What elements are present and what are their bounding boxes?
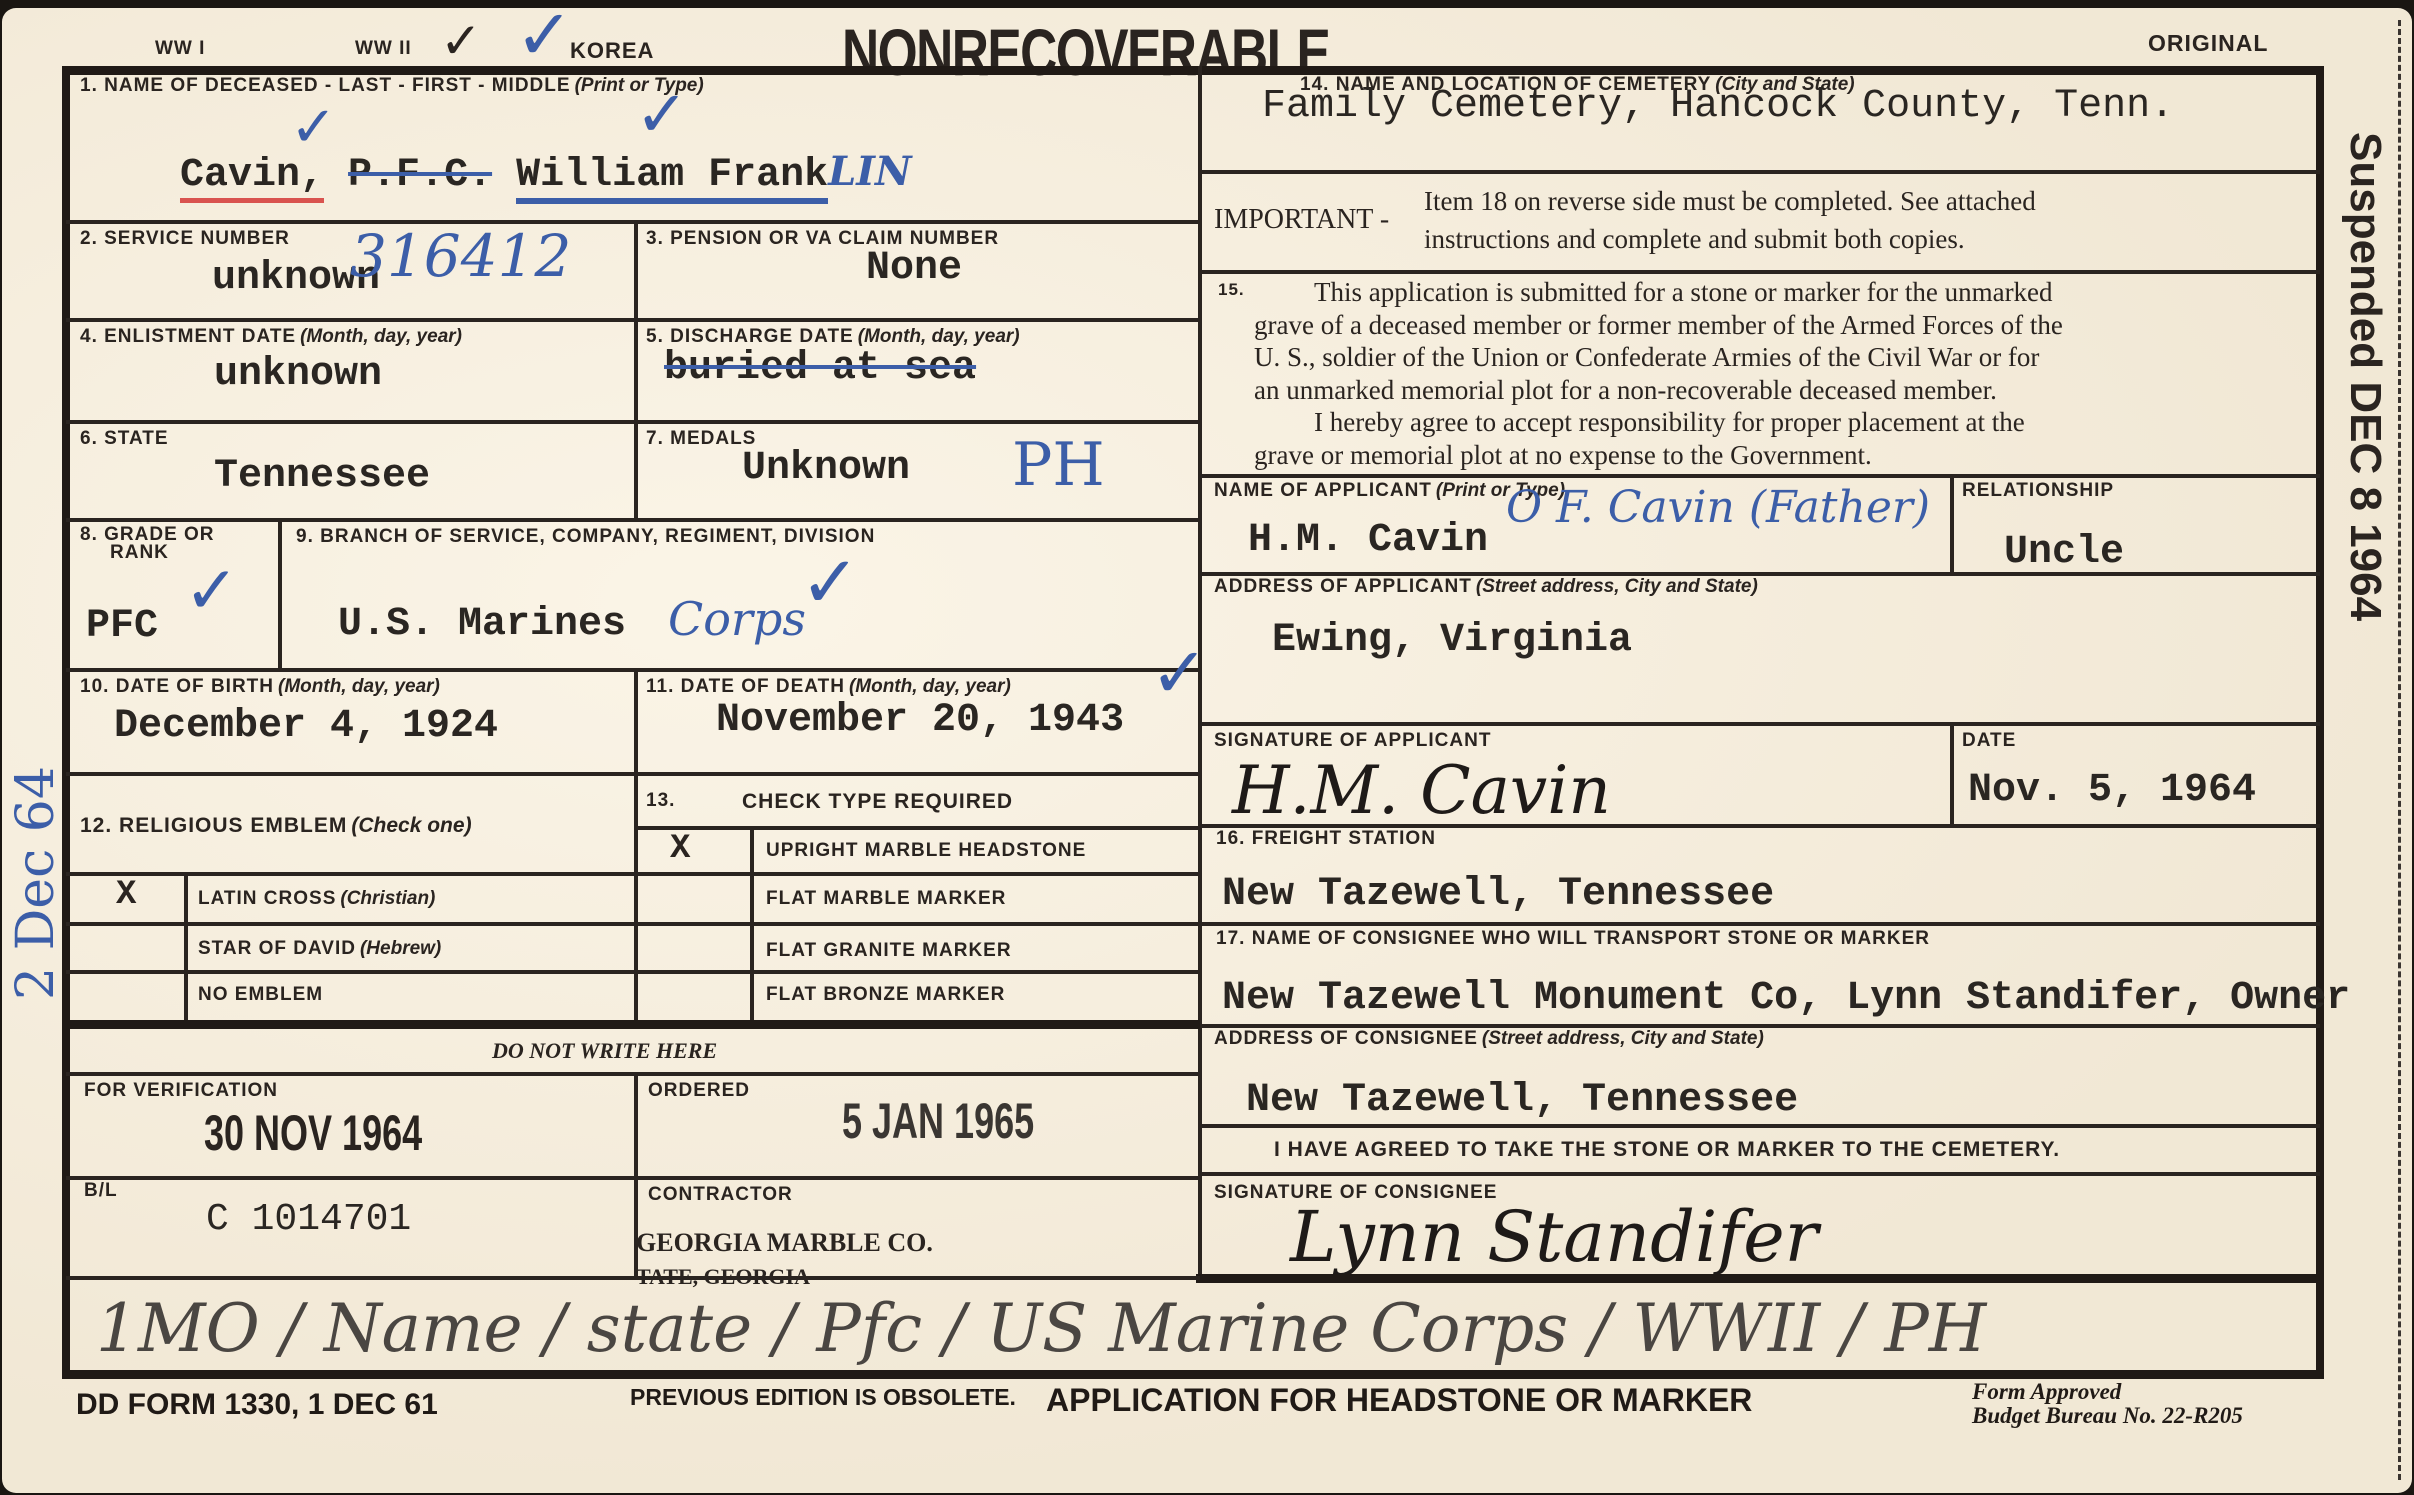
form-title: APPLICATION FOR HEADSTONE OR MARKER: [1046, 1382, 1752, 1419]
divider-relationship: [1950, 474, 1954, 574]
field-11-label: 11. DATE OF DEATH (Month, day, year): [646, 676, 1011, 698]
row-line: [66, 518, 1200, 522]
applicant-name-value[interactable]: H.M. Cavin: [1248, 518, 1488, 563]
row-line: [66, 220, 1200, 224]
row-line: [66, 1072, 1200, 1076]
war-ww2: WW II: [355, 38, 412, 60]
divider-date: [1950, 722, 1954, 826]
frame-top: [64, 66, 2324, 75]
consignee-name-value[interactable]: New Tazewell Monument Co, Lynn Standifer…: [1222, 976, 2350, 1021]
emblem-check-latin-cross[interactable]: X: [116, 876, 136, 914]
applicant-signature[interactable]: H.M. Cavin: [1232, 752, 1611, 829]
consignee-signature[interactable]: Lynn Standifer: [1290, 1196, 1818, 1278]
field-17-label: 17. NAME OF CONSIGNEE WHO WILL TRANSPORT…: [1216, 928, 1930, 950]
field-6-label: 6. STATE: [80, 428, 169, 450]
type-option-flat-bronze: FLAT BRONZE MARKER: [766, 984, 1005, 1006]
date-label: DATE: [1962, 730, 2016, 752]
field-7-label: 7. MEDALS: [646, 428, 756, 450]
field-15-number: 15.: [1218, 280, 1245, 300]
enlistment-date-value[interactable]: unknown: [214, 352, 382, 397]
check-mark-icon: ✓: [440, 12, 482, 70]
row-line: [66, 872, 1200, 876]
nonrecoverable-stamp: NONRECOVERABLE: [842, 14, 1329, 90]
relationship-label: RELATIONSHIP: [1962, 480, 2114, 502]
birth-date-value[interactable]: December 4, 1924: [114, 704, 498, 749]
row-line: [1200, 722, 2320, 726]
row-line: [66, 668, 1200, 672]
type-option-flat-granite: FLAT GRANITE MARKER: [766, 940, 1012, 962]
freight-station-value[interactable]: New Tazewell, Tennessee: [1222, 872, 1774, 917]
divider-emblem-check: [184, 872, 188, 1028]
field-4-label: 4. ENLISTMENT DATE (Month, day, year): [80, 326, 462, 348]
verification-stamp: 30 NOV 1964: [204, 1104, 422, 1162]
divider-left-col: [634, 220, 638, 520]
type-option-flat-marble: FLAT MARBLE MARKER: [766, 888, 1006, 910]
margin-note: 2 Dec 64: [6, 766, 66, 1000]
check-mark-icon: ✓: [635, 78, 689, 152]
service-number-hand: 316412: [350, 222, 571, 290]
verification-label: FOR VERIFICATION: [84, 1080, 278, 1102]
field-2-label: 2. SERVICE NUMBER: [80, 228, 290, 250]
medals-value[interactable]: Unknown: [742, 446, 910, 491]
field-12-label: 12. RELIGIOUS EMBLEM (Check one): [80, 814, 472, 838]
perforation-line: [2398, 20, 2401, 1480]
inscription-text[interactable]: 1MO / Name / state / Pfc / US Marine Cor…: [96, 1290, 1986, 1367]
frame-left: [62, 66, 70, 1378]
row-line: [1200, 1172, 2320, 1176]
emblem-option-no-emblem: NO EMBLEM: [198, 984, 323, 1006]
consignee-address-value[interactable]: New Tazewell, Tennessee: [1246, 1078, 1798, 1123]
divider-left-col: [634, 668, 638, 1028]
approval-block: Form Approved Budget Bureau No. 22-R205: [1972, 1380, 2243, 1428]
ordered-stamp: 5 JAN 1965: [842, 1092, 1034, 1150]
grade-value[interactable]: PFC: [86, 604, 158, 649]
row-line-thick: [1196, 1274, 2320, 1283]
field-16-label: 16. FREIGHT STATION: [1216, 828, 1436, 850]
emblem-option-star-of-david: STAR OF DAVID (Hebrew): [198, 938, 441, 960]
important-line1: Item 18 on reverse side must be complete…: [1424, 186, 2036, 217]
office-use-header: DO NOT WRITE HERE: [492, 1038, 717, 1064]
bl-value: C 1014701: [206, 1198, 411, 1241]
applicant-address-value[interactable]: Ewing, Virginia: [1272, 618, 1632, 663]
check-mark-icon: ✓: [184, 552, 239, 629]
death-date-value[interactable]: November 20, 1943: [716, 698, 1124, 743]
row-line: [66, 970, 1200, 974]
row-line: [66, 1276, 1200, 1280]
field-1-label: 1. NAME OF DECEASED - LAST - FIRST - MID…: [80, 75, 704, 97]
field-5-label: 5. DISCHARGE DATE (Month, day, year): [646, 326, 1020, 348]
va-claim-value[interactable]: None: [866, 246, 962, 291]
deceased-last-name: Cavin,: [180, 153, 324, 203]
row-line: [66, 1176, 1200, 1180]
field-13-number: 13.: [646, 790, 675, 812]
important-label: IMPORTANT -: [1214, 204, 1389, 236]
check-mark-icon: ✓: [800, 540, 860, 624]
row-line: [66, 772, 1200, 776]
row-line: [66, 318, 1200, 322]
copy-label: ORIGINAL: [2148, 30, 2268, 57]
medals-hand: PH: [1012, 430, 1105, 500]
check-mark-icon: ✓: [1150, 632, 1209, 714]
row-line: [1200, 1124, 2320, 1128]
field-15-text: This application is submitted for a ston…: [1254, 276, 2304, 471]
cemetery-value[interactable]: Family Cemetery, Hancock County, Tenn.: [1262, 84, 2174, 129]
relationship-value[interactable]: Uncle: [2004, 530, 2124, 575]
divider-grade: [278, 518, 282, 670]
type-option-upright: UPRIGHT MARBLE HEADSTONE: [766, 840, 1086, 862]
field-9-label: 9. BRANCH OF SERVICE, COMPANY, REGIMENT,…: [296, 526, 875, 548]
contractor-line1: GEORGIA MARBLE CO.: [636, 1228, 933, 1258]
deceased-first-middle: William Frank: [516, 153, 828, 204]
divider-type-check: [750, 826, 754, 1028]
applicant-address-label: ADDRESS OF APPLICANT (Street address, Ci…: [1214, 576, 1758, 598]
agreement-text: I HAVE AGREED TO TAKE THE STONE OR MARKE…: [1274, 1138, 2060, 1162]
type-check-upright[interactable]: X: [670, 830, 690, 868]
ordered-label: ORDERED: [648, 1080, 750, 1102]
row-line: [66, 420, 1200, 424]
deceased-name[interactable]: Cavin, P.F.C. William FrankLIN: [180, 148, 912, 198]
war-ww1: WW I: [155, 38, 205, 60]
row-line: [1200, 922, 2320, 926]
branch-hand: Corps: [668, 592, 806, 646]
form-id: DD FORM 1330, 1 DEC 61: [76, 1388, 438, 1422]
deceased-name-hand-suffix: LIN: [828, 148, 911, 195]
row-line: [634, 826, 1200, 830]
field-10-label: 10. DATE OF BIRTH (Month, day, year): [80, 676, 440, 698]
consignee-address-label: ADDRESS OF CONSIGNEE (Street address, Ci…: [1214, 1028, 1764, 1050]
deceased-rank-struck: P.F.C.: [348, 153, 492, 198]
branch-value[interactable]: U.S. Marines: [338, 602, 626, 647]
applicant-signature-label: SIGNATURE OF APPLICANT: [1214, 730, 1491, 752]
row-line-thick: [66, 1020, 1200, 1029]
applicant-name-hand: O F. Cavin (Father): [1506, 482, 1930, 533]
row-line: [66, 922, 1200, 926]
discharge-date-struck[interactable]: buried at sea: [664, 346, 976, 391]
suspended-stamp: Suspended DEC 8 1964: [2340, 132, 2390, 621]
check-mark-icon: ✓: [515, 0, 574, 76]
field-13-label: CHECK TYPE REQUIRED: [742, 790, 1013, 814]
contractor-label: CONTRACTOR: [648, 1184, 793, 1206]
emblem-option-latin-cross: LATIN CROSS (Christian): [198, 888, 435, 910]
bl-label: B/L: [84, 1180, 118, 1202]
state-value[interactable]: Tennessee: [214, 454, 430, 499]
war-korea: KOREA: [570, 38, 654, 64]
date-value[interactable]: Nov. 5, 1964: [1968, 768, 2256, 813]
previous-edition-note: PREVIOUS EDITION IS OBSOLETE.: [630, 1386, 930, 1409]
frame-bottom: [62, 1370, 2324, 1379]
row-line: [1200, 170, 2320, 174]
row-line: [1200, 474, 2320, 478]
important-line2: instructions and complete and submit bot…: [1424, 224, 1965, 255]
row-line: [1200, 270, 2320, 274]
